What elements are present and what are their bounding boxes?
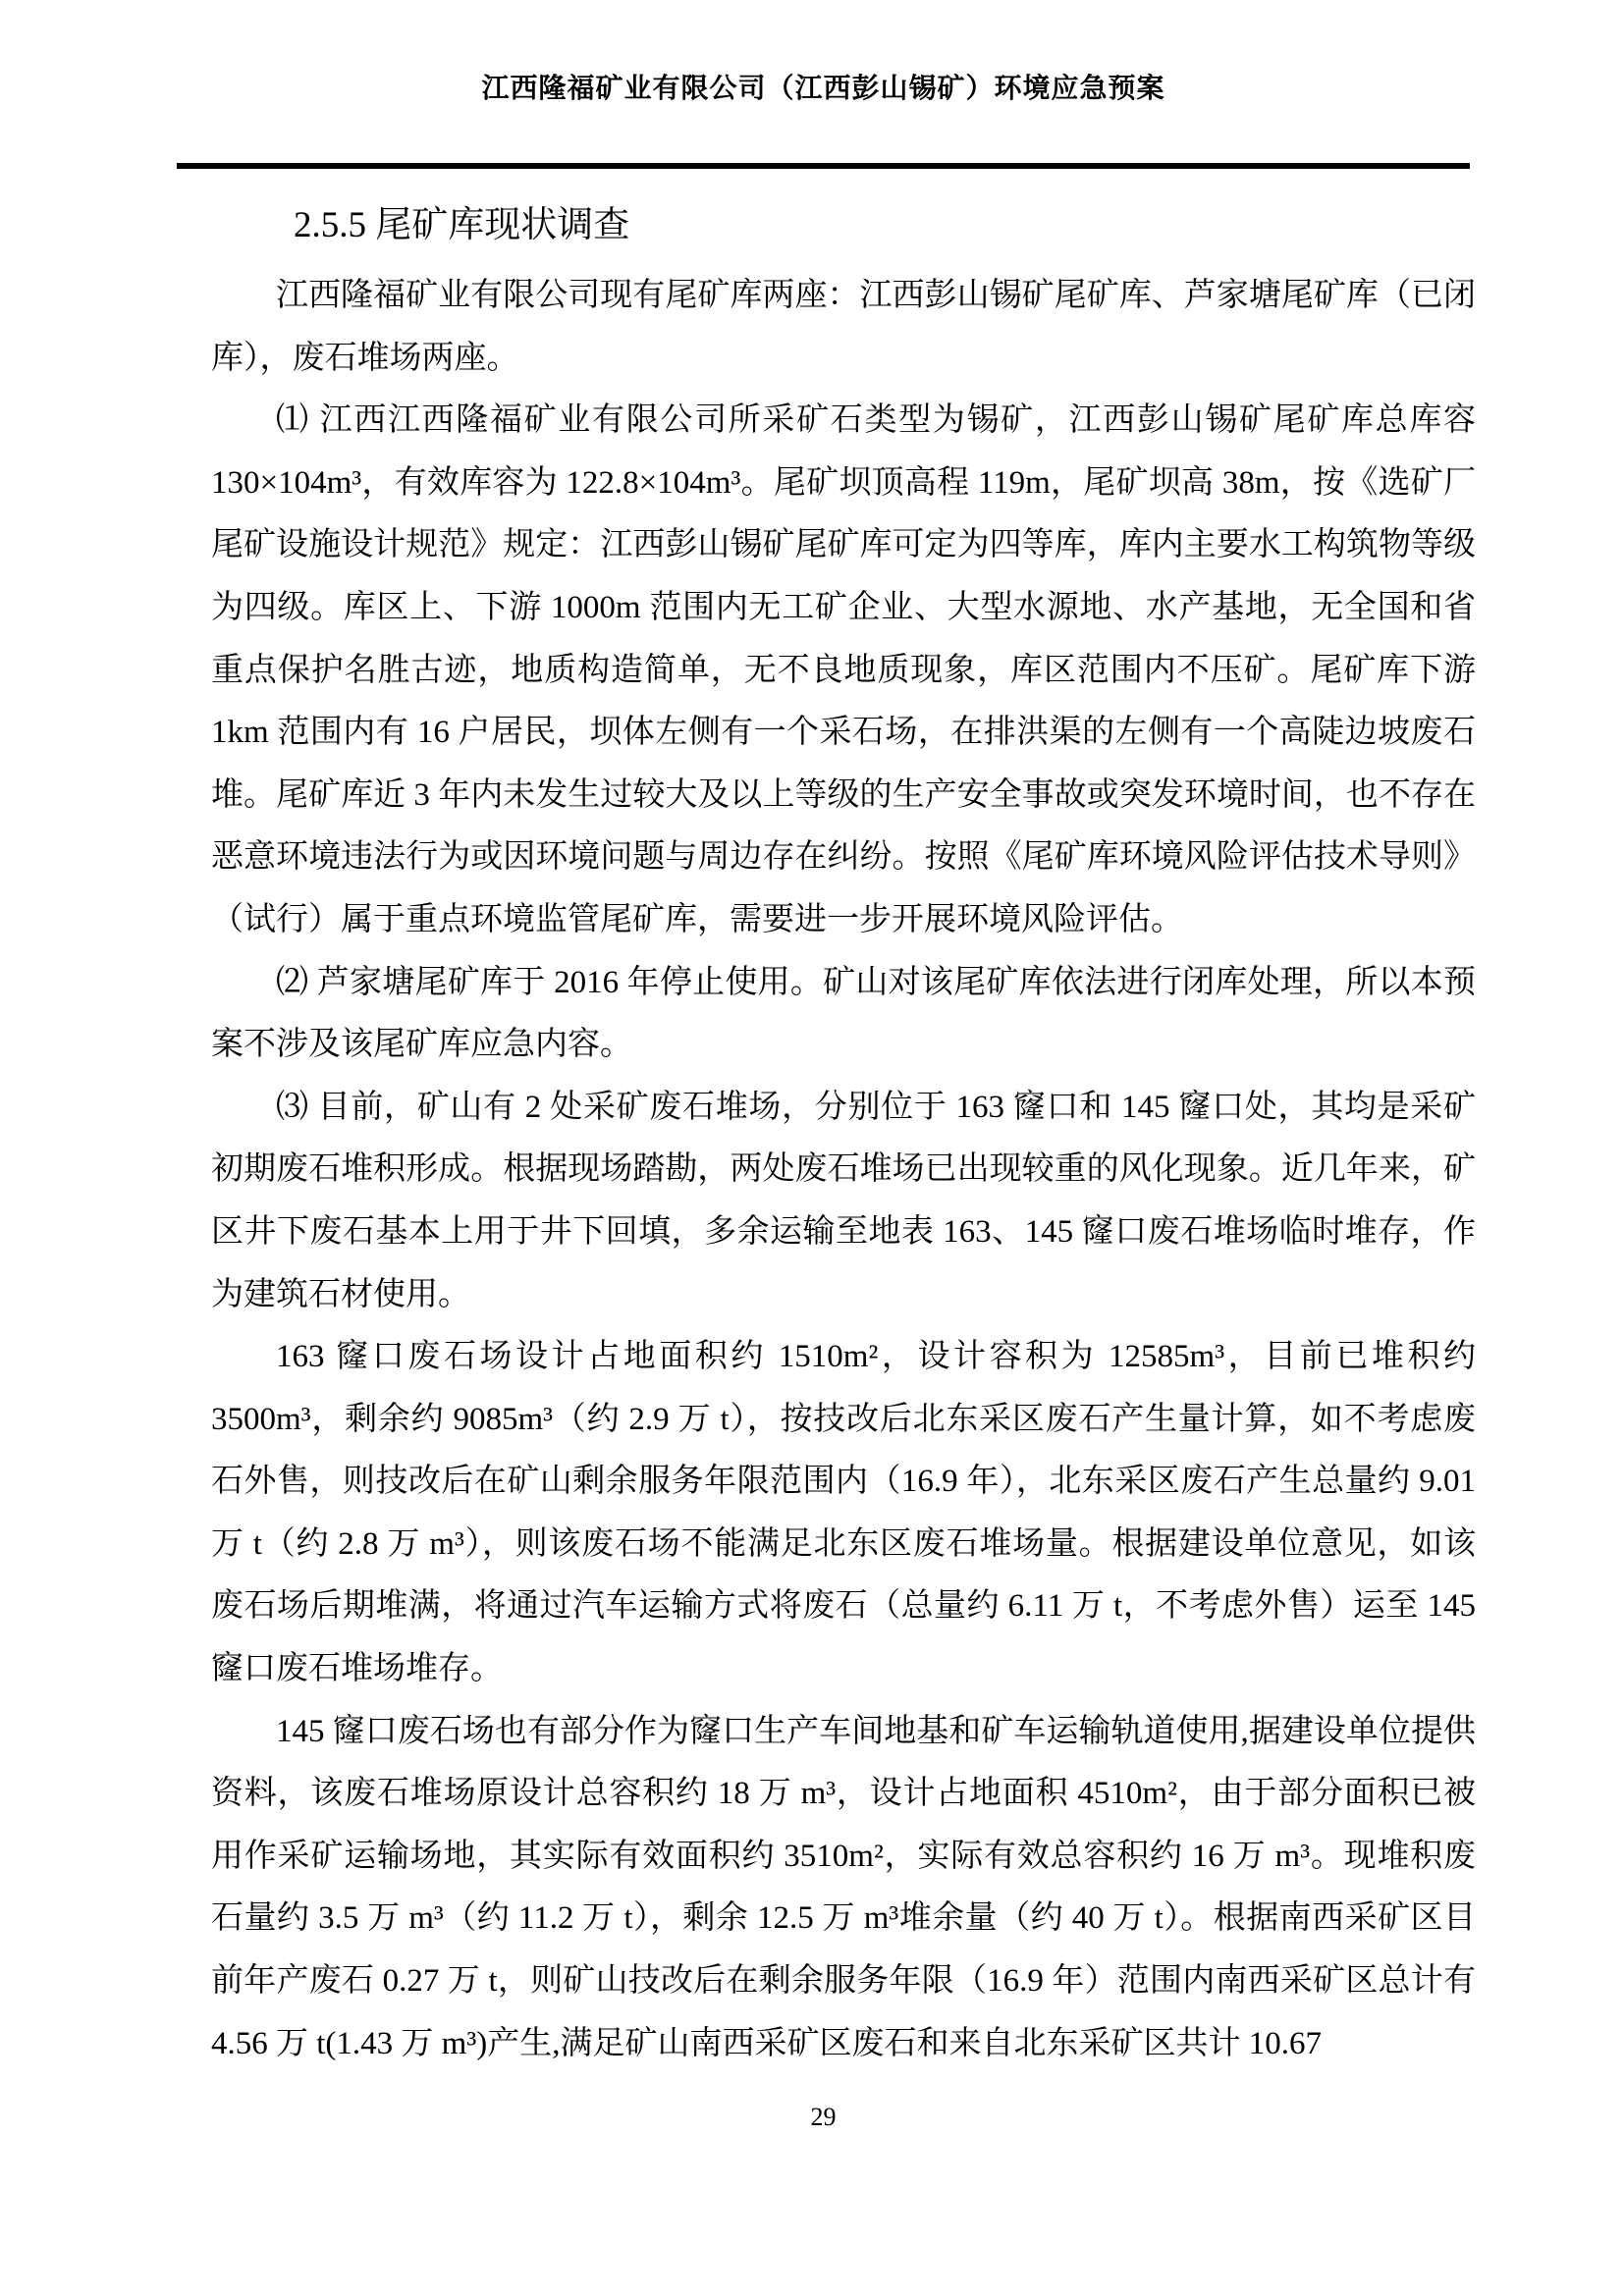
page-number: 29 [811, 2103, 837, 2131]
section-heading: 2.5.5 尾矿库现状调查 [211, 194, 629, 247]
paragraph-145-dump: 145 窿口废石场也有部分作为窿口生产车间地基和矿车运输轨道使用,据建设单位提供… [211, 1701, 1476, 2076]
paragraph-overview: 江西隆福矿业有限公司现有尾矿库两座：江西彭山锡矿尾矿库、芦家塘尾矿库（已闭库），… [211, 265, 1476, 390]
paragraph-item3-waste-dumps: ⑶ 目前，矿山有 2 处采矿废石堆场，分别位于 163 窿口和 145 窿口处，… [211, 1077, 1476, 1326]
header-title: 江西隆福矿业有限公司（江西彭山锡矿）环境应急预案 [177, 67, 1470, 106]
paragraph-item2-lujiatang-pond: ⑵ 芦家塘尾矿库于 2016 年停止使用。矿山对该尾矿库依法进行闭库处理，所以本… [211, 952, 1476, 1077]
paragraph-163-dump: 163 窿口废石场设计占地面积约 1510m²，设计容积为 12585m³，目前… [211, 1326, 1476, 1701]
paragraph-item1-tailings-pond: ⑴ 江西江西隆福矿业有限公司所采矿石类型为锡矿，江西彭山锡矿尾矿库总库容130×… [211, 390, 1476, 951]
document-body: 江西隆福矿业有限公司现有尾矿库两座：江西彭山锡矿尾矿库、芦家塘尾矿库（已闭库），… [211, 265, 1476, 2075]
header-rule [177, 163, 1470, 169]
document-page: 江西隆福矿业有限公司（江西彭山锡矿）环境应急预案 2.5.5 尾矿库现状调查 江… [0, 0, 1624, 2296]
page-footer: 29 [177, 2103, 1470, 2132]
